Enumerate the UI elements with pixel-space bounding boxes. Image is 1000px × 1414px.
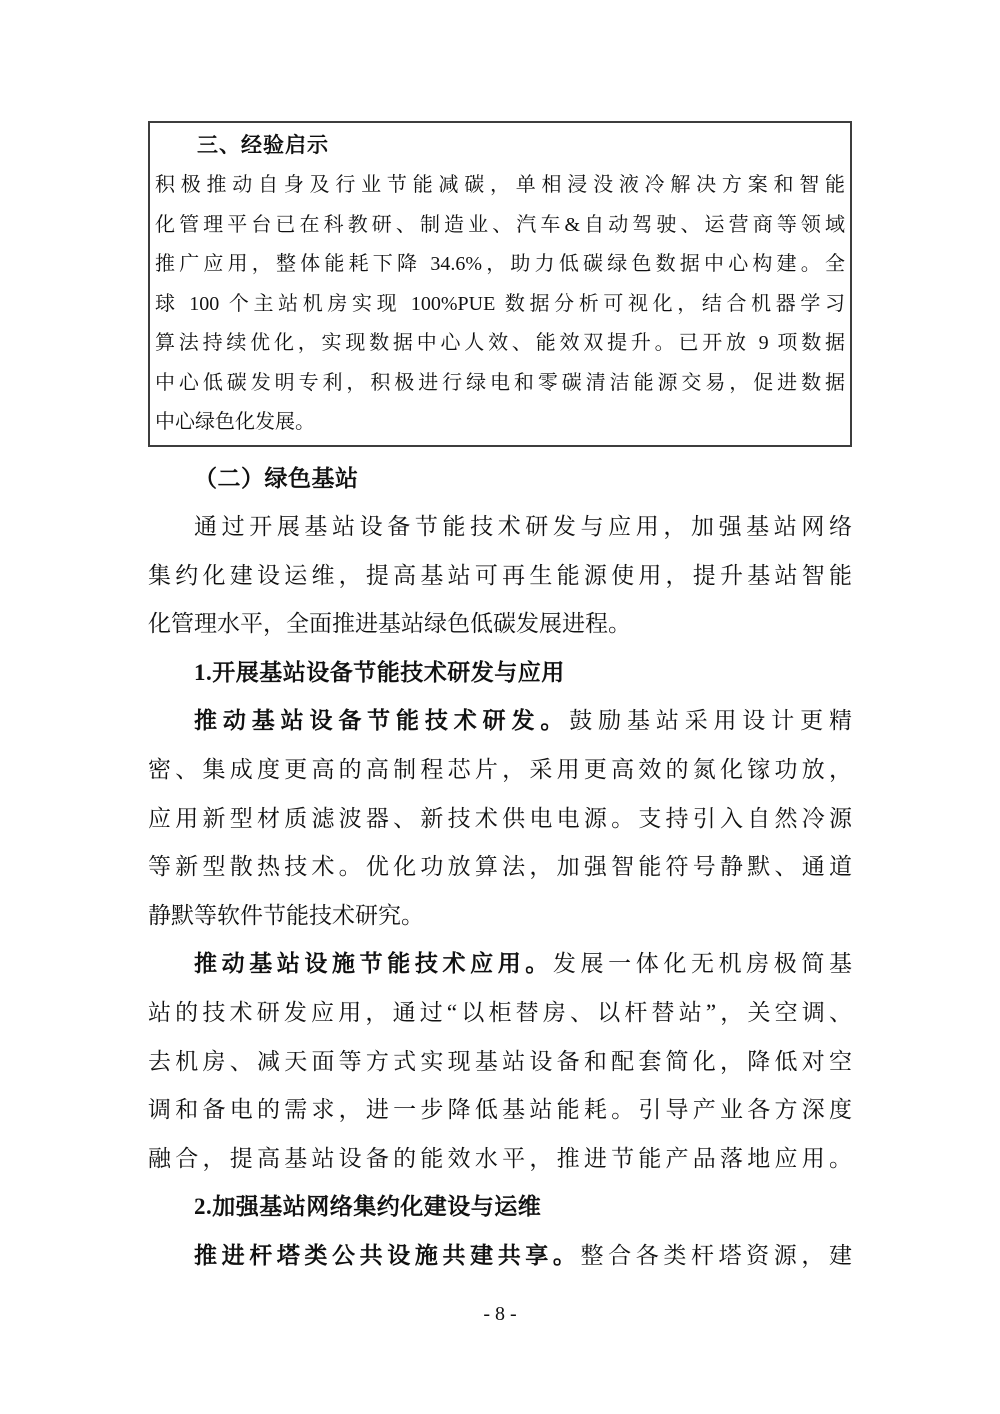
paragraph-text-line: 推动基站设施节能技术应用。发展一体化无机房极简基 [148, 940, 852, 989]
page-number: - 8 - [0, 1298, 1000, 1330]
paragraph-text-line: 密、集成度更高的高制程芯片，采用更高效的氮化镓功放， [148, 746, 852, 795]
paragraph-text-line: 等新型散热技术。优化功放算法，加强智能符号静默、通道 [148, 843, 852, 892]
paragraph-text: 整合各类杆塔资源，建 [581, 1243, 852, 1268]
paragraph-text-line: 推动基站设备节能技术研发。鼓励基站采用设计更精 [148, 697, 852, 746]
paragraph-text-line: 推进杆塔类公共设施共建共享。整合各类杆塔资源，建 [148, 1232, 852, 1281]
subsection-1-heading: 1.开展基站设备节能技术研发与应用 [148, 649, 852, 698]
callout-text-line: 中心低碳发明专利，积极进行绿电和零碳清洁能源交易，促进数据 [155, 364, 845, 404]
callout-text-line: 中心绿色化发展。 [155, 403, 845, 443]
section-heading-green-base-station: （二）绿色基站 [148, 455, 852, 504]
paragraph-text-line: 调和备电的需求，进一步降低基站能耗。引导产业各方深度 [148, 1086, 852, 1135]
document-page: 三、经验启示 积极推动自身及行业节能减碳，单相浸没液冷解决方案和智能 化管理平台… [0, 0, 1000, 1414]
paragraph-text-line: 去机房、减天面等方式实现基站设备和配套简化，降低对空 [148, 1038, 852, 1087]
callout-text-line: 算法持续优化，实现数据中心人效、能效双提升。已开放 9 项数据 [155, 324, 845, 364]
callout-text-line: 积极推动自身及行业节能减碳，单相浸没液冷解决方案和智能 [155, 166, 845, 206]
paragraph-text-line: 静默等软件节能技术研究。 [148, 892, 852, 941]
intro-text-line: 通过开展基站设备节能技术研发与应用，加强基站网络 [148, 503, 852, 552]
paragraph-text-line: 站的技术研发应用，通过“以柜替房、以杆替站”，关空调、 [148, 989, 852, 1038]
subsection-2-heading: 2.加强基站网络集约化建设与运维 [148, 1183, 852, 1232]
bold-lead-in: 推动基站设施节能技术应用。 [194, 951, 553, 976]
callout-text-line: 球 100 个主站机房实现 100%PUE 数据分析可视化，结合机器学习 [155, 285, 845, 325]
callout-title: 三、经验启示 [155, 124, 845, 166]
callout-text-line: 化管理平台已在科教研、制造业、汽车&自动驾驶、运营商等领域 [155, 206, 845, 246]
paragraph-text-line: 应用新型材质滤波器、新技术供电电源。支持引入自然冷源 [148, 795, 852, 844]
intro-text-line: 化管理水平，全面推进基站绿色低碳发展进程。 [148, 600, 852, 649]
paragraph-text: 发展一体化无机房极简基 [553, 951, 852, 976]
intro-text-line: 集约化建设运维，提高基站可再生能源使用，提升基站智能 [148, 552, 852, 601]
callout-text-line: 推广应用，整体能耗下降 34.6%，助力低碳绿色数据中心构建。全 [155, 245, 845, 285]
experience-callout-box: 三、经验启示 积极推动自身及行业节能减碳，单相浸没液冷解决方案和智能 化管理平台… [148, 121, 852, 447]
page-content: 三、经验启示 积极推动自身及行业节能减碳，单相浸没液冷解决方案和智能 化管理平台… [148, 121, 852, 1281]
bold-lead-in: 推进杆塔类公共设施共建共享。 [194, 1243, 581, 1268]
bold-lead-in: 推动基站设备节能技术研发。 [194, 708, 569, 733]
paragraph-text-line: 融合，提高基站设备的能效水平，推进节能产品落地应用。 [148, 1135, 852, 1184]
paragraph-text: 鼓励基站采用设计更精 [569, 708, 852, 733]
